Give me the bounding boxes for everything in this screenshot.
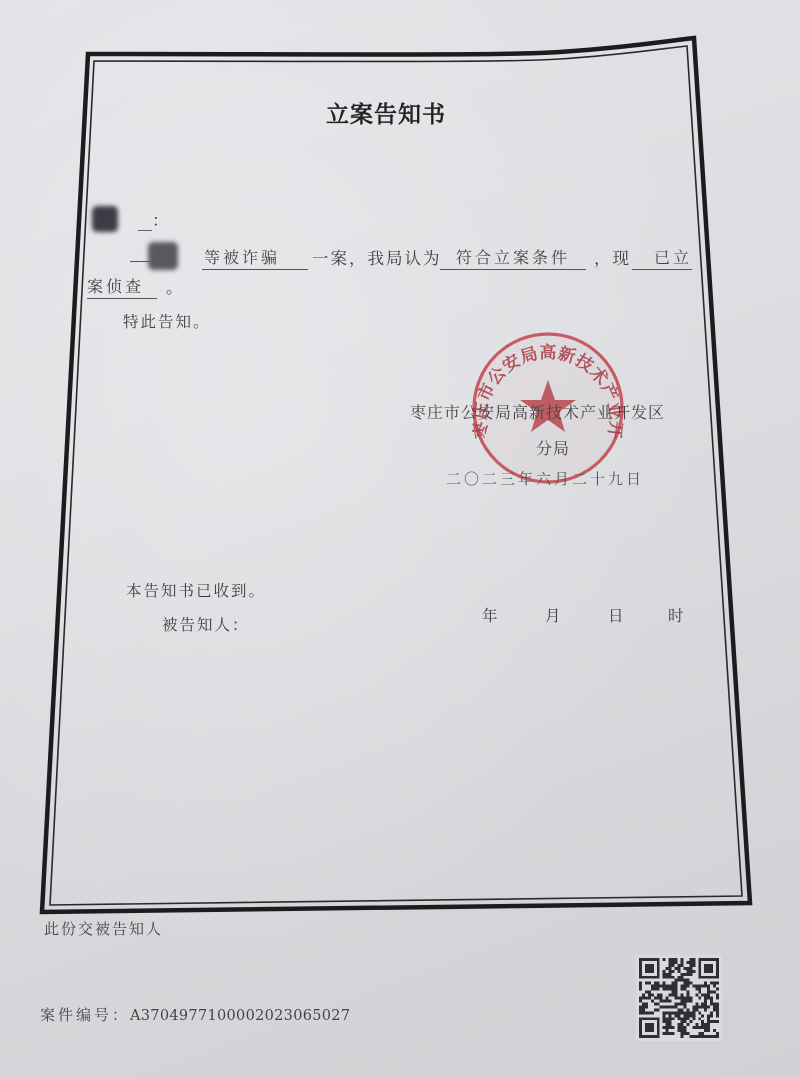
case-subject-field: 等被诈骗 xyxy=(202,245,308,270)
sentence-end: 。 xyxy=(166,274,185,298)
document-border xyxy=(0,0,800,1077)
receipt-hour-label[interactable]: 时 xyxy=(668,604,686,626)
document-title: 立案告知书 xyxy=(326,96,446,129)
case-number-row: 案件编号：A3704977100002023065027 xyxy=(40,1004,350,1025)
notice-phrase: 特此告知。 xyxy=(123,310,211,332)
receipt-month-label[interactable]: 月 xyxy=(545,604,563,626)
decision-field-line1: 已立 xyxy=(632,245,692,270)
receipt-year-label[interactable]: 年 xyxy=(482,604,500,626)
decision-field-line2: 案侦查 xyxy=(87,274,157,299)
case-number-label: 案件编号： xyxy=(40,1006,130,1024)
copy-note: 此份交被告知人 xyxy=(44,918,163,939)
redacted-complainant-name xyxy=(148,242,178,270)
issuer-name-line2: 分局 xyxy=(536,436,570,459)
recipient-colon: ： xyxy=(152,211,171,230)
qr-code-icon[interactable] xyxy=(636,955,722,1041)
recipient-line: ： xyxy=(138,207,171,231)
receipt-day-label[interactable]: 日 xyxy=(608,604,626,626)
sentence-part2: ，现 xyxy=(594,245,631,269)
redacted-recipient-name xyxy=(92,206,118,232)
sentence-part1: 一案，我局认为 xyxy=(312,245,442,269)
issue-date: 二〇二三年六月二十九日 xyxy=(446,468,644,489)
receipt-acknowledgement: 本告知书已收到。 xyxy=(126,579,266,601)
legal-basis-field: 符合立案条件 xyxy=(440,245,586,270)
issuer-name-line1: 枣庄市公安局高新技术产业开发区 xyxy=(410,400,665,423)
notified-person-label: 被告知人： xyxy=(162,613,250,635)
case-number-value: A3704977100002023065027 xyxy=(130,1008,350,1024)
